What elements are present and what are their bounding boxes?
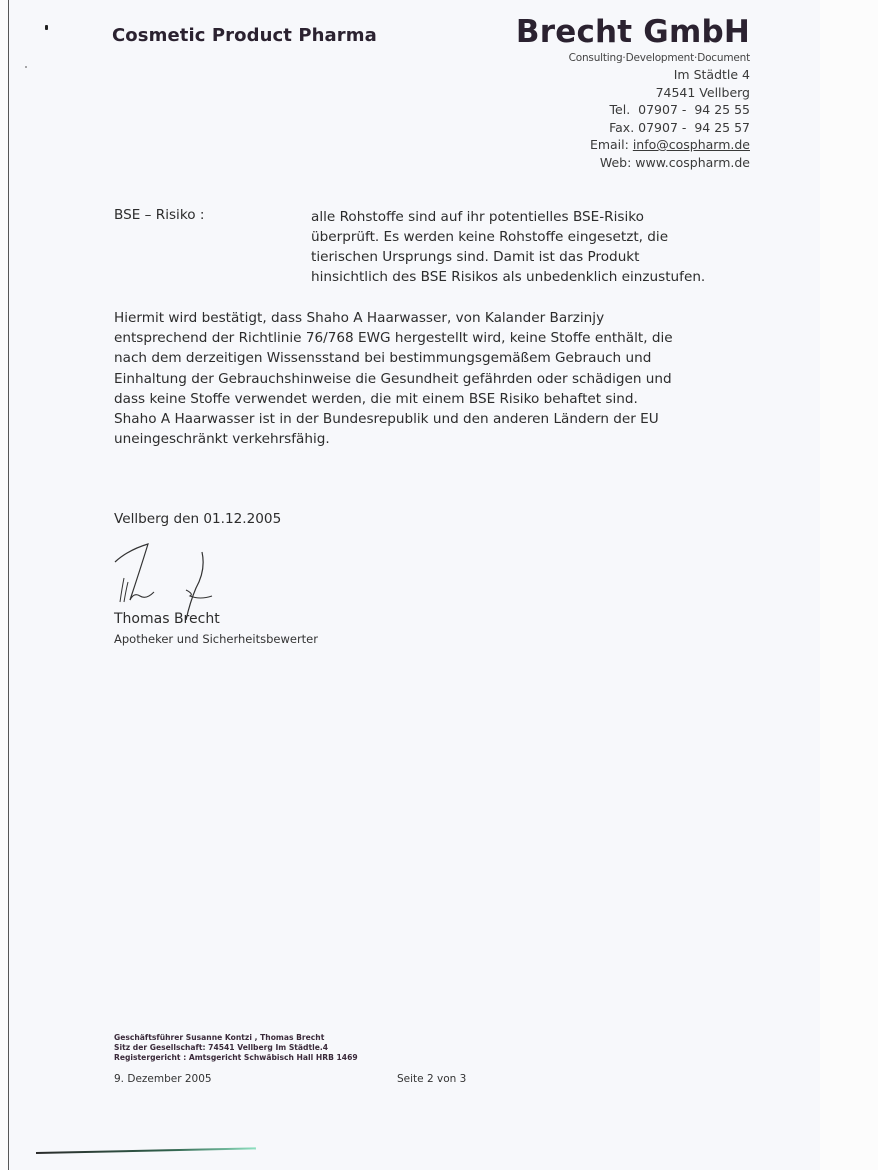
- address-phone: Tel. 07907 - 94 25 55: [590, 101, 750, 119]
- bse-line: alle Rohstoffe sind auf ihr potentielles…: [311, 207, 771, 227]
- handwritten-signature: [110, 540, 230, 620]
- bse-risk-label: BSE – Risiko :: [114, 207, 204, 223]
- address-street: Im Städtle 4: [590, 66, 750, 84]
- place-date: Vellberg den 01.12.2005: [114, 511, 281, 527]
- company-name-left: Cosmetic Product Pharma: [112, 25, 377, 46]
- bse-line: überprüft. Es werden keine Rohstoffe ein…: [311, 227, 771, 247]
- confirmation-paragraph: Hiermit wird bestätigt, dass Shaho A Haa…: [114, 308, 774, 449]
- company-name-right: Brecht GmbH: [516, 14, 750, 50]
- paragraph-line: dass keine Stoffe verwendet werden, die …: [114, 389, 774, 409]
- footer-date: 9. Dezember 2005: [114, 1073, 212, 1085]
- paragraph-line: nach dem derzeitigen Wissensstand bei be…: [114, 348, 774, 368]
- scan-speck: [25, 66, 27, 68]
- footer-register-court: Registergericht : Amtsgericht Schwäbisch…: [114, 1053, 358, 1063]
- footer-managing-directors: Geschäftsführer Susanne Kontzi , Thomas …: [114, 1033, 358, 1043]
- footer-legal-info: Geschäftsführer Susanne Kontzi , Thomas …: [114, 1033, 358, 1063]
- scan-margin: [820, 0, 878, 1170]
- signer-title: Apotheker und Sicherheitsbewerter: [114, 632, 318, 646]
- paragraph-line: uneingeschränkt verkehrsfähig.: [114, 429, 774, 449]
- paragraph-line: entsprechend der Richtlinie 76/768 EWG h…: [114, 328, 774, 348]
- signer-name: Thomas Brecht: [114, 611, 220, 627]
- paragraph-line: Einhaltung der Gebrauchshinweise die Ges…: [114, 369, 774, 389]
- bse-line: tierischen Ursprungs sind. Damit ist das…: [311, 247, 771, 267]
- bse-line: hinsichtlich des BSE Risikos als unbeden…: [311, 267, 771, 287]
- bse-risk-text: alle Rohstoffe sind auf ihr potentielles…: [311, 207, 771, 287]
- address-city: 74541 Vellberg: [590, 84, 750, 102]
- company-address: Im Städtle 4 74541 Vellberg Tel. 07907 -…: [590, 66, 750, 171]
- address-fax: Fax. 07907 - 94 25 57: [590, 119, 750, 137]
- company-tagline: Consulting·Development·Document: [569, 52, 750, 64]
- page-number: Seite 2 von 3: [397, 1073, 466, 1085]
- address-web: Web: www.cospharm.de: [590, 154, 750, 172]
- email-label: Email:: [590, 137, 633, 152]
- email-link[interactable]: info@cospharm.de: [633, 137, 750, 152]
- address-email: Email: info@cospharm.de: [590, 136, 750, 154]
- paragraph-line: Shaho A Haarwasser ist in der Bundesrepu…: [114, 409, 774, 429]
- paragraph-line: Hiermit wird bestätigt, dass Shaho A Haa…: [114, 308, 774, 328]
- scan-speck: [45, 25, 48, 30]
- footer-registered-office: Sitz der Gesellschaft: 74541 Vellberg Im…: [114, 1043, 358, 1053]
